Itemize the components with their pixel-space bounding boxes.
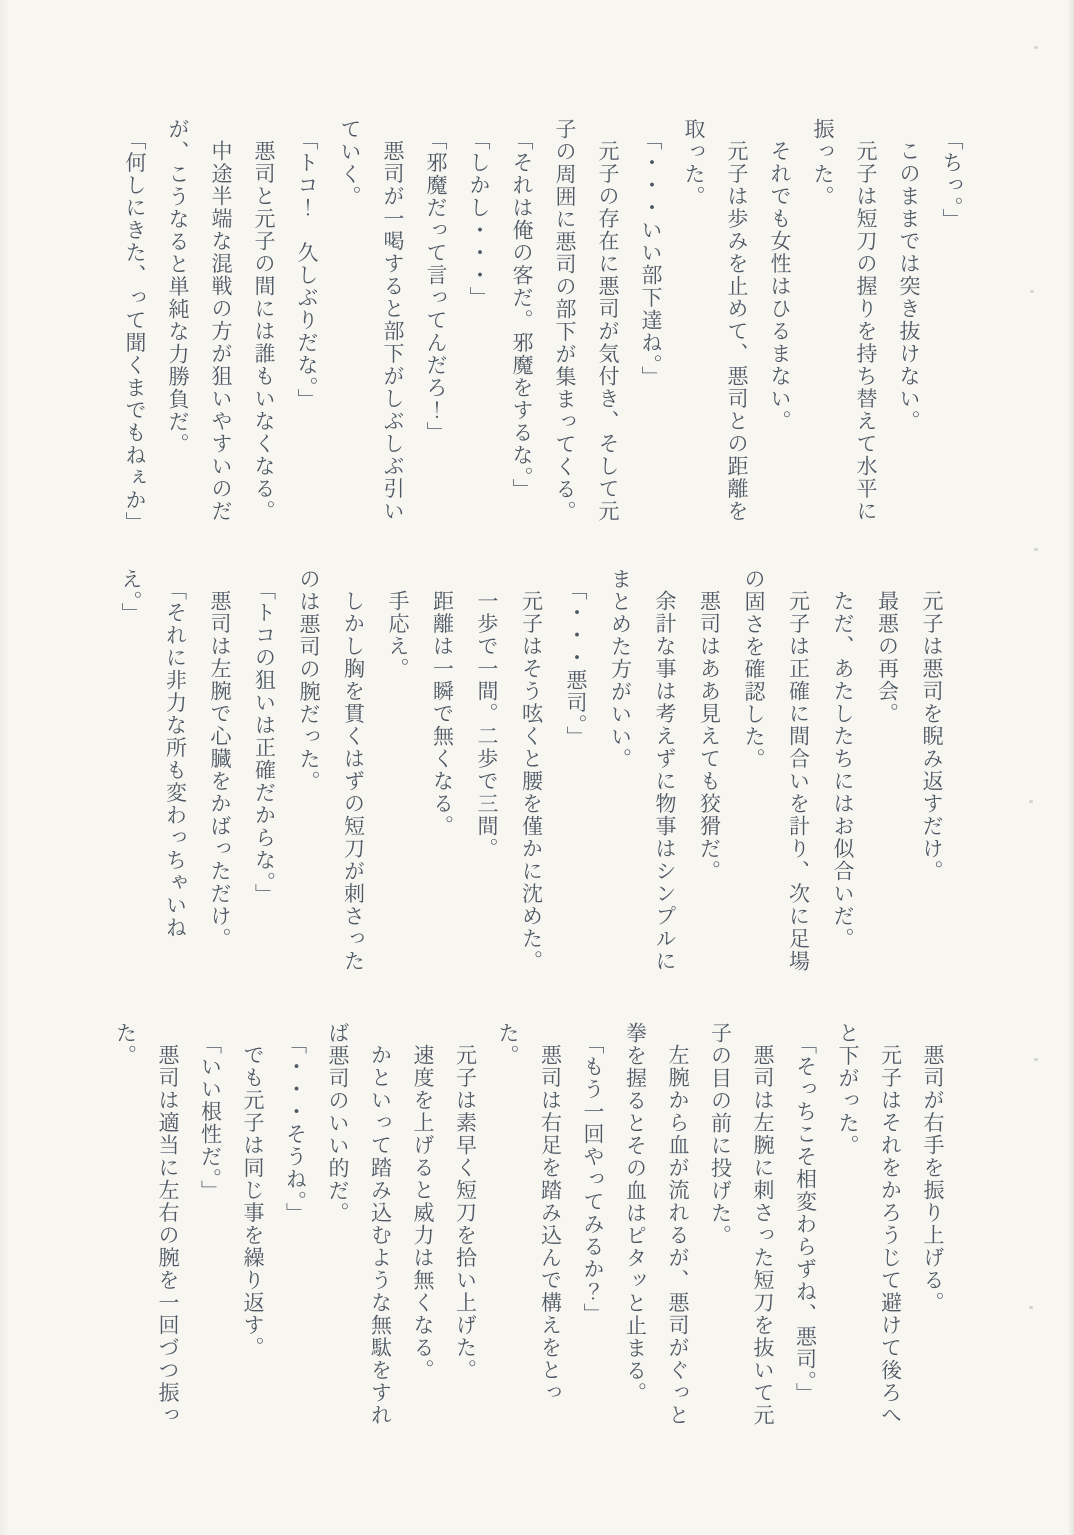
text-line: のは悪司の腕だった。 bbox=[287, 568, 332, 973]
text-line: の固さを確認した。 bbox=[732, 568, 777, 973]
text-line: 拳を握るとその血はピタッと止まる。 bbox=[614, 1022, 657, 1427]
text-line: 一歩で一間。二歩で三間。 bbox=[465, 568, 510, 973]
page-edge-shadow-left bbox=[0, 0, 9, 1535]
text-line: 元子の存在に悪司が気付き、そして元 bbox=[586, 118, 629, 534]
text-line: それでも女性はひるまない。 bbox=[758, 118, 801, 534]
text-line: た。 bbox=[104, 1022, 147, 1427]
text-line: 子の周囲に悪司の部下が集まってくる。 bbox=[543, 118, 586, 534]
text-line: た。 bbox=[487, 1022, 530, 1427]
text-line: 余計な事は考えずに物事はシンプルに bbox=[643, 568, 688, 973]
text-line: 左腕から血が流れるが、悪司がぐっと bbox=[657, 1022, 700, 1427]
text-line: 「トコ！ 久しぶりだな。」 bbox=[285, 118, 328, 534]
scan-speck bbox=[1029, 800, 1033, 803]
text-line: 振った。 bbox=[801, 118, 844, 534]
text-line: 元子は悪司を睨み返すだけ。 bbox=[910, 568, 955, 973]
text-block-bottom: 悪司が右手を振り上げる。元子はそれをかろうじて避けて後ろへと下がった。「そっちこ… bbox=[104, 1022, 954, 1427]
text-line: 元子は歩みを止めて、悪司との距離を bbox=[715, 118, 758, 534]
text-line: 「しかし・・・」 bbox=[457, 118, 500, 534]
text-line: 取った。 bbox=[672, 118, 715, 534]
text-line: と下がった。 bbox=[827, 1022, 870, 1427]
text-line: 手応え。 bbox=[376, 568, 421, 973]
scan-speck bbox=[1034, 46, 1038, 49]
text-block-top: 「ちっ。」このままでは突き抜けない。元子は短刀の握りを持ち替えて水平に振った。そ… bbox=[113, 118, 973, 534]
text-line: 中途半端な混戦の方が狙いやすいのだ bbox=[199, 118, 242, 534]
text-line: 最悪の再会。 bbox=[865, 568, 910, 973]
text-line: 悪司が右手を振り上げる。 bbox=[912, 1022, 955, 1427]
text-line: 「トコの狙いは正確だからな。」 bbox=[242, 568, 287, 973]
text-line: 「・・・そうね。」 bbox=[274, 1022, 317, 1427]
text-line: 「それは俺の客だ。邪魔をするな。」 bbox=[500, 118, 543, 534]
text-line: しかし胸を貫くはずの短刀が刺さった bbox=[331, 568, 376, 973]
text-line: 子の目の前に投げた。 bbox=[699, 1022, 742, 1427]
text-line: 「・・・いい部下達ね。」 bbox=[629, 118, 672, 534]
text-line: 「もう一回やってみるか？」 bbox=[572, 1022, 615, 1427]
text-line: ただ、あたしたちにはお似合いだ。 bbox=[821, 568, 866, 973]
text-line: このままでは突き抜けない。 bbox=[887, 118, 930, 534]
text-line: 元子は素早く短刀を拾い上げた。 bbox=[444, 1022, 487, 1427]
text-line: 悪司は左腕で心臓をかばっただけ。 bbox=[198, 568, 243, 973]
text-line: 元子はそれをかろうじて避けて後ろへ bbox=[869, 1022, 912, 1427]
text-line: が、こうなると単純な力勝負だ。 bbox=[156, 118, 199, 534]
text-line: 元子はそう呟くと腰を僅かに沈めた。 bbox=[509, 568, 554, 973]
text-line: 「ちっ。」 bbox=[930, 118, 973, 534]
text-line: 距離は一瞬で無くなる。 bbox=[420, 568, 465, 973]
text-line: 悪司はああ見えても狡猾だ。 bbox=[687, 568, 732, 973]
page-edge-shadow-right bbox=[1068, 0, 1074, 1535]
scan-speck bbox=[1034, 1058, 1038, 1061]
scan-speck bbox=[1029, 1306, 1033, 1309]
text-line: 「いい根性だ。」 bbox=[189, 1022, 232, 1427]
text-line: 悪司は右足を踏み込んで構えをとっ bbox=[529, 1022, 572, 1427]
text-line: 「何しにきた、って聞くまでもねぇか」 bbox=[113, 118, 156, 534]
text-line: 悪司と元子の間には誰もいなくなる。 bbox=[242, 118, 285, 534]
text-line: 「そっちこそ相変わらずね、悪司。」 bbox=[784, 1022, 827, 1427]
scan-speck bbox=[1034, 548, 1038, 551]
text-line: 元子は正確に間合いを計り、次に足場 bbox=[776, 568, 821, 973]
text-line: 速度を上げると威力は無くなる。 bbox=[402, 1022, 445, 1427]
text-line: 「邪魔だって言ってんだろ！」 bbox=[414, 118, 457, 534]
text-line: 「それに非力な所も変わっちゃいね bbox=[153, 568, 198, 973]
text-line: ていく。 bbox=[328, 118, 371, 534]
text-line: え。」 bbox=[109, 568, 154, 973]
text-line: でも元子は同じ事を繰り返す。 bbox=[232, 1022, 275, 1427]
scanned-page: 「ちっ。」このままでは突き抜けない。元子は短刀の握りを持ち替えて水平に振った。そ… bbox=[0, 0, 1074, 1535]
text-line: まとめた方がいい。 bbox=[598, 568, 643, 973]
text-block-middle: 元子は悪司を睨み返すだけ。最悪の再会。ただ、あたしたちにはお似合いだ。元子は正確… bbox=[109, 568, 955, 973]
text-line: 「・・・悪司。」 bbox=[554, 568, 599, 973]
text-line: かといって踏み込むような無駄をすれ bbox=[359, 1022, 402, 1427]
text-line: ば悪司のいい的だ。 bbox=[317, 1022, 360, 1427]
text-line: 悪司は左腕に刺さった短刀を抜いて元 bbox=[742, 1022, 785, 1427]
text-line: 悪司は適当に左右の腕を一回づつ振っ bbox=[147, 1022, 190, 1427]
scan-speck bbox=[1030, 290, 1034, 293]
text-line: 元子は短刀の握りを持ち替えて水平に bbox=[844, 118, 887, 534]
text-line: 悪司が一喝すると部下がしぶしぶ引い bbox=[371, 118, 414, 534]
